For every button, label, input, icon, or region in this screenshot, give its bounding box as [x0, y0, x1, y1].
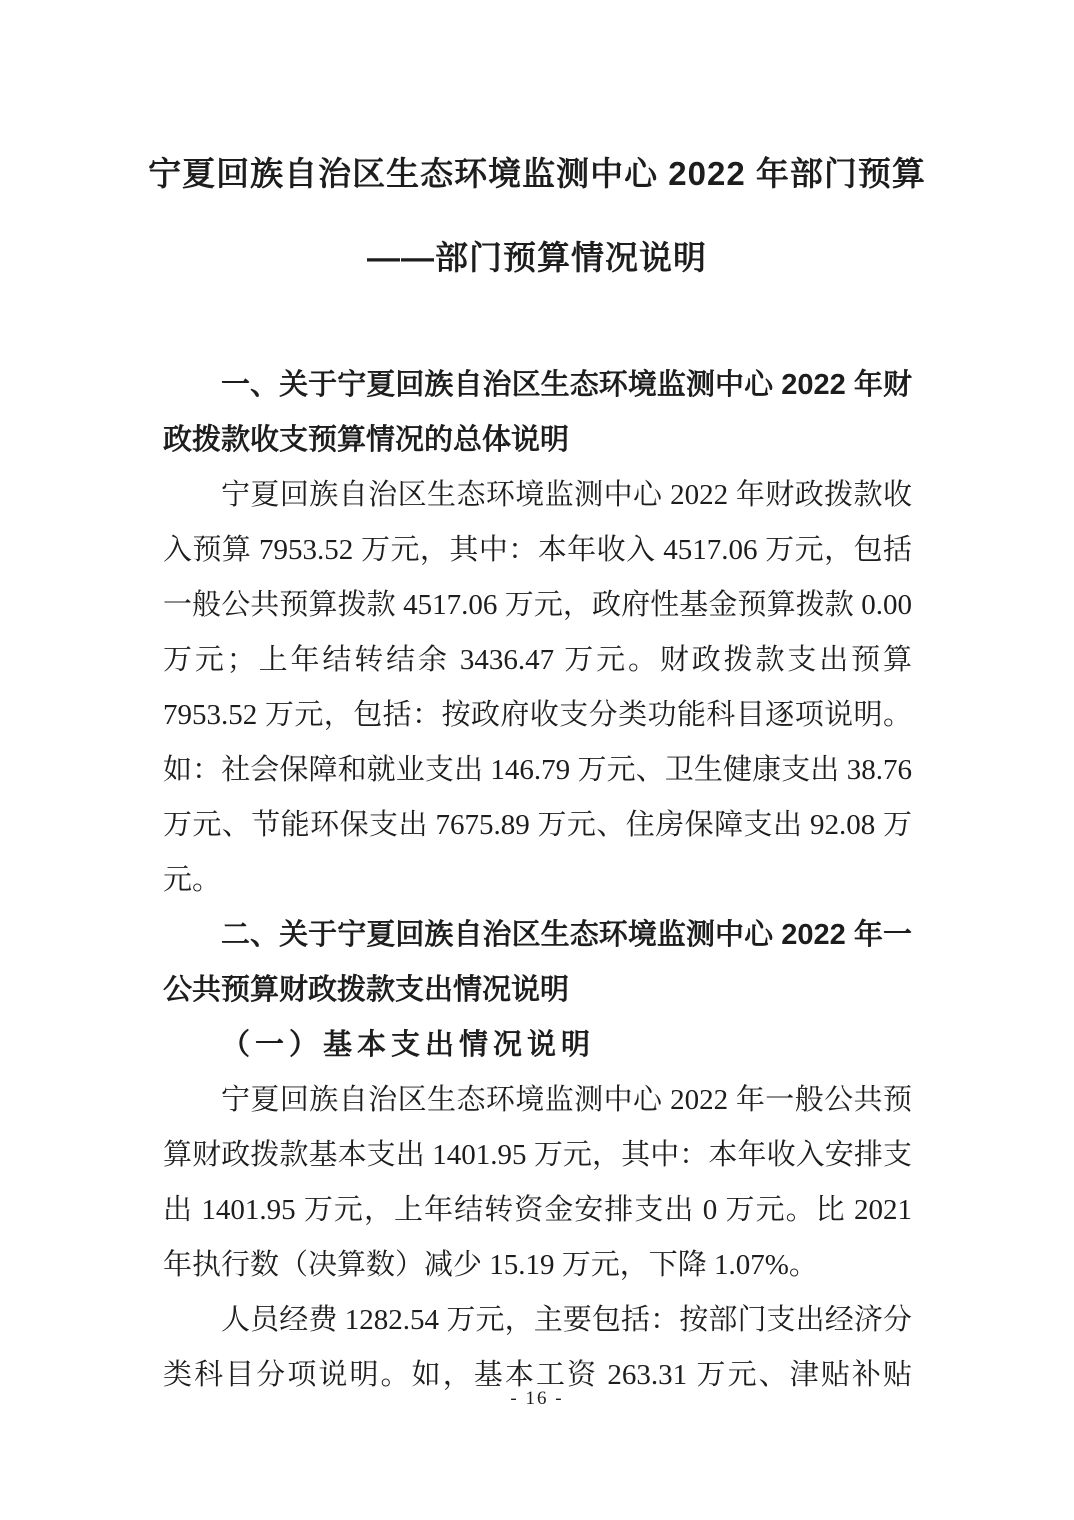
document-subtitle: ——部门预算情况说明 — [0, 232, 1074, 279]
text-line: 公共预算财政拨款支出情况说明 — [163, 963, 912, 1018]
text-line: 政拨款收支预算情况的总体说明 — [163, 413, 912, 468]
text-line: 人员经费 1282.54 万元，主要包括：按部门支出经济分 — [163, 1293, 912, 1348]
text-line: 年执行数（决算数）减少 15.19 万元，下降 1.07%。 — [163, 1238, 912, 1293]
document-body: 一、关于宁夏回族自治区生态环境监测中心 2022 年财政拨款收支预算情况的总体说… — [163, 358, 912, 1403]
text-line: 如：社会保障和就业支出 146.79 万元、卫生健康支出 38.76 — [163, 743, 912, 798]
text-line: 宁夏回族自治区生态环境监测中心 2022 年一般公共预 — [163, 1073, 912, 1128]
text-line: 7953.52 万元，包括：按政府收支分类功能科目逐项说明。 — [163, 688, 912, 743]
text-line: 一、关于宁夏回族自治区生态环境监测中心 2022 年财 — [163, 358, 912, 413]
document-page: 宁夏回族自治区生态环境监测中心 2022 年部门预算 ——部门预算情况说明 一、… — [0, 0, 1074, 1520]
text-line: 入预算 7953.52 万元，其中：本年收入 4517.06 万元，包括 — [163, 523, 912, 578]
document-title: 宁夏回族自治区生态环境监测中心 2022 年部门预算 — [0, 148, 1074, 195]
text-line: 万元、节能环保支出 7675.89 万元、住房保障支出 92.08 万 — [163, 798, 912, 853]
text-line: 算财政拨款基本支出 1401.95 万元，其中：本年收入安排支 — [163, 1128, 912, 1183]
text-line: 二、关于宁夏回族自治区生态环境监测中心 2022 年一般 — [163, 908, 912, 963]
text-line: （一）基本支出情况说明 — [163, 1018, 912, 1073]
text-line: 元。 — [163, 853, 912, 908]
text-line: 一般公共预算拨款 4517.06 万元，政府性基金预算拨款 0.00 — [163, 578, 912, 633]
text-line: 万元；上年结转结余 3436.47 万元。财政拨款支出预算 — [163, 633, 912, 688]
text-line: 宁夏回族自治区生态环境监测中心 2022 年财政拨款收 — [163, 468, 912, 523]
page-number: - 16 - — [0, 1388, 1074, 1410]
text-line: 出 1401.95 万元，上年结转资金安排支出 0 万元。比 2021 — [163, 1183, 912, 1238]
